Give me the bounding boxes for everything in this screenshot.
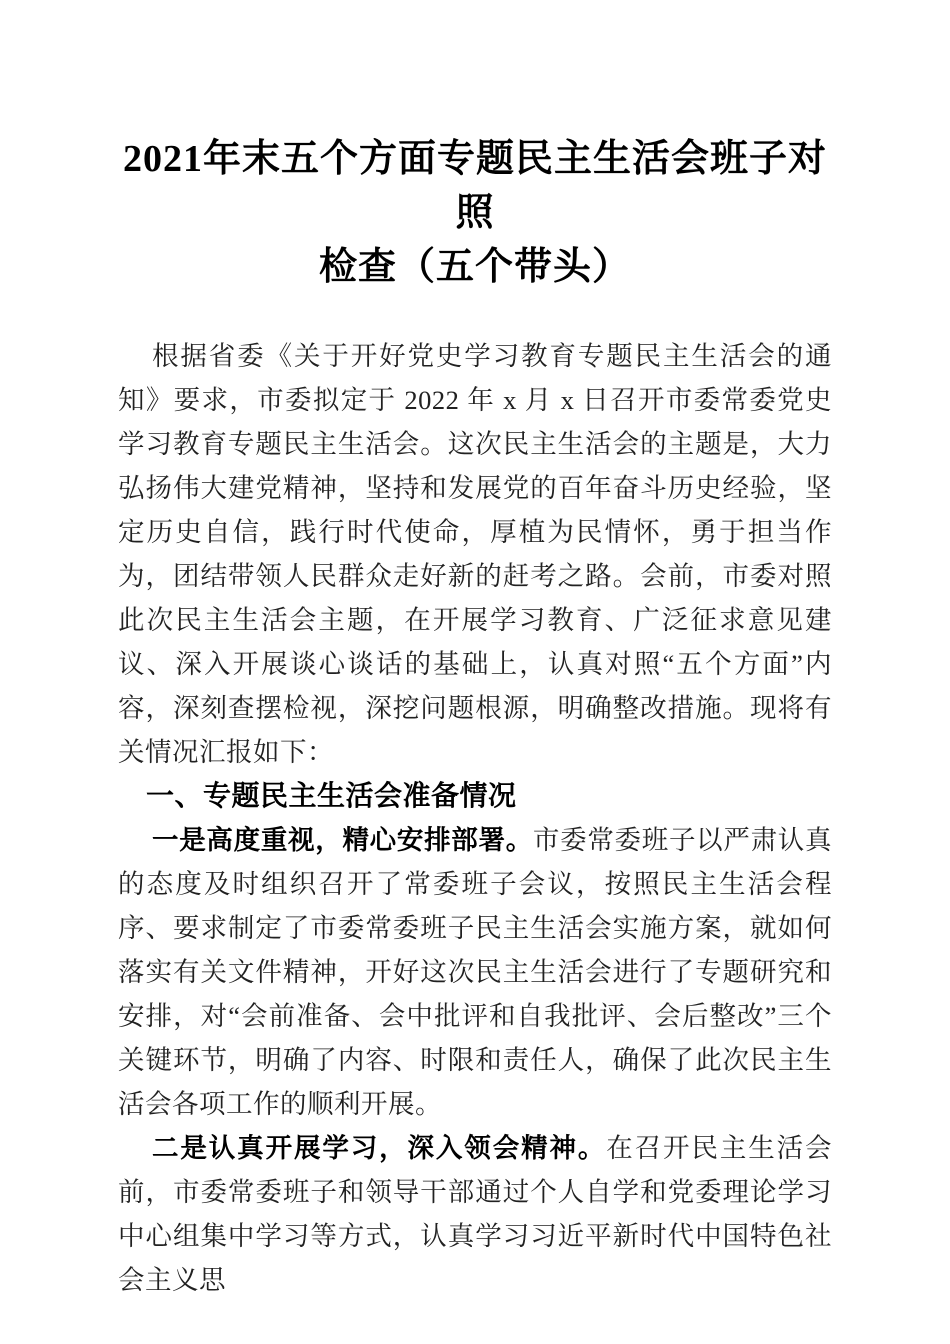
point1-body-text: 市委常委班子以严肃认真的态度及时组织召开了常委班子会议，按照民主生活会程序、要求… (118, 825, 832, 1119)
document-page: 2021年末五个方面专题民主生活会班子对照 检查（五个带头） 根据省委《关于开好… (0, 0, 950, 1344)
point2-lead-text: 二是认真开展学习，深入领会精神。 (152, 1133, 606, 1163)
point1-paragraph: 一是高度重视，精心安排部署。市委常委班子以严肃认真的态度及时组织召开了常委班子会… (118, 818, 832, 1126)
document-title: 2021年末五个方面专题民主生活会班子对照 检查（五个带头） (118, 132, 832, 294)
point2-paragraph: 二是认真开展学习，深入领会精神。在召开民主生活会前，市委常委班子和领导干部通过个… (118, 1126, 832, 1302)
intro-paragraph: 根据省委《关于开好党史学习教育专题民主生活会的通知》要求，市委拟定于 2022 … (118, 334, 832, 774)
point1-lead-text: 一是高度重视，精心安排部署。 (152, 825, 533, 855)
document-title-line2: 检查（五个带头） (118, 240, 832, 294)
section-heading-1: 一、专题民主生活会准备情况 (118, 774, 832, 818)
document-title-line1: 2021年末五个方面专题民主生活会班子对照 (118, 132, 832, 240)
document-content: 2021年末五个方面专题民主生活会班子对照 检查（五个带头） 根据省委《关于开好… (118, 0, 832, 1302)
